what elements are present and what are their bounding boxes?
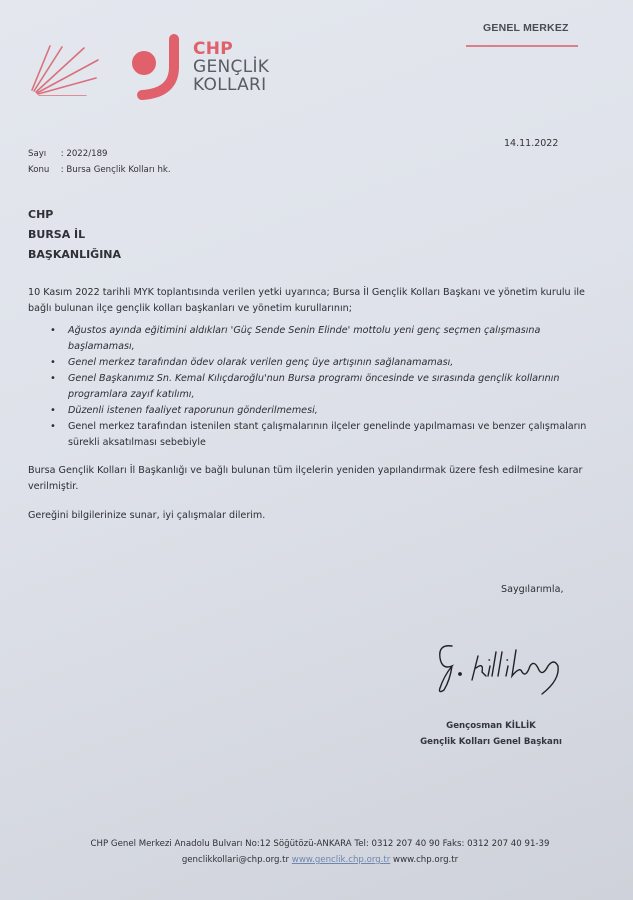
reason-item: Düzenli istenen faaliyet raporunun gönde… [50, 403, 588, 419]
letter-meta: Sayı : 2022/189 Konu : Bursa Gençlik Kol… [28, 146, 171, 178]
handwritten-signature-icon [430, 636, 570, 696]
recipient-block: CHP BURSA İL BAŞKANLIĞINA [28, 205, 121, 265]
footer-address: CHP Genel Merkezi Anadolu Bulvarı No:12 … [60, 836, 580, 852]
reference-number-row: Sayı : 2022/189 [28, 146, 171, 162]
department-underline [466, 45, 578, 47]
reasons-list: Ağustos ayında eğitimini aldıkları 'Güç … [28, 323, 588, 451]
reference-number-value: : 2022/189 [61, 149, 108, 159]
footer-contacts: genclikkollari@chp.org.tr www.genclik.ch… [60, 852, 580, 868]
brand-chp: CHP [193, 40, 269, 58]
letter-date: 14.11.2022 [504, 138, 558, 149]
regards-text: Saygılarımla, [501, 584, 564, 595]
brand-genclik: GENÇLİK [193, 58, 269, 76]
footer-website-link[interactable]: www.genclik.chp.org.tr [292, 855, 391, 865]
recipient-line-3: BAŞKANLIĞINA [28, 245, 121, 265]
brand-wordmark: CHP GENÇLİK KOLLARI [193, 40, 269, 94]
recipient-line-2: BURSA İL [28, 225, 121, 245]
closing-paragraph: Gereğini bilgilerinize sunar, iyi çalışm… [28, 508, 588, 524]
reason-item: Genel merkez tarafından ödev olarak veri… [50, 355, 588, 371]
reason-item: Ağustos ayında eğitimini aldıkları 'Güç … [50, 323, 588, 355]
signer-name: Gençosman KİLLİK [416, 718, 566, 734]
recipient-line-1: CHP [28, 205, 121, 225]
signer-block: Gençosman KİLLİK Gençlik Kolları Genel B… [416, 718, 566, 750]
subject-row: Konu : Bursa Gençlik Kolları hk. [28, 162, 171, 178]
department-label: GENEL MERKEZ [483, 22, 569, 34]
signer-title: Gençlik Kolları Genel Başkanı [416, 734, 566, 750]
reference-number-label: Sayı [28, 146, 58, 162]
subject-value: : Bursa Gençlik Kolları hk. [61, 165, 171, 175]
intro-paragraph: 10 Kasım 2022 tarihli MYK toplantısında … [28, 285, 588, 317]
letter-body: 10 Kasım 2022 tarihli MYK toplantısında … [28, 285, 588, 524]
subject-label: Konu [28, 162, 58, 178]
footer-website-main[interactable]: www.chp.org.tr [393, 855, 458, 865]
brand-kollari: KOLLARI [193, 76, 269, 94]
letter-footer: CHP Genel Merkezi Anadolu Bulvarı No:12 … [60, 836, 580, 868]
decision-paragraph: Bursa Gençlik Kolları İl Başkanlığı ve b… [28, 463, 588, 495]
letter-page: CHP GENÇLİK KOLLARI GENEL MERKEZ Sayı : … [0, 0, 633, 900]
reason-item: Genel merkez tarafından istenilen stant … [50, 419, 588, 451]
genclik-kollari-mark-icon [130, 33, 186, 101]
footer-email[interactable]: genclikkollari@chp.org.tr [182, 855, 289, 865]
sun-rays-icon [28, 40, 108, 96]
reason-item: Genel Başkanımız Sn. Kemal Kılıçdaroğlu'… [50, 371, 588, 403]
